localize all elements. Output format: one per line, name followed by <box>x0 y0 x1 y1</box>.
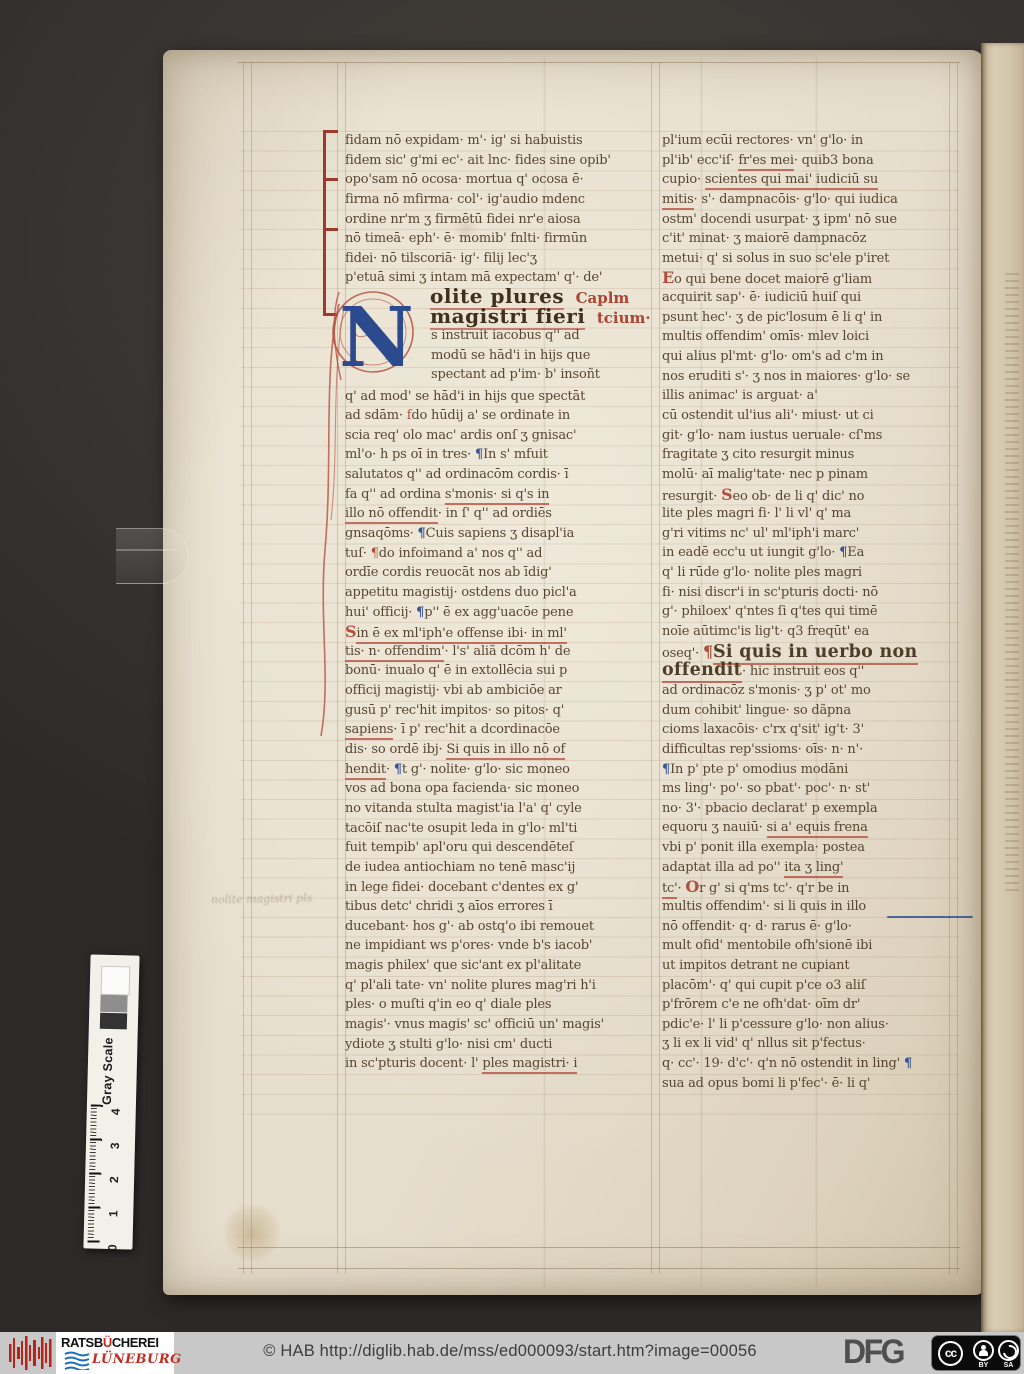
copyright-url-text: © HAB http://diglib.hab.de/mss/ed000093/… <box>190 1342 830 1361</box>
manuscript-text-line: ostm' docendi usurpat· ʒ ipm' nō sue <box>662 210 954 230</box>
manuscript-text-line: no vitanda stulta magist'ia l'a' q' cyle <box>345 799 651 819</box>
column-ruling-line <box>659 62 660 1274</box>
manuscript-text-line: hendit· ¶t g'· nolite· g'lo· sic moneo <box>345 760 651 780</box>
manuscript-text-line: Eo qui bene docet maiorē g'liam <box>662 268 954 288</box>
manuscript-text-line: officij magistij· vbi ab ambiciōe ar <box>345 681 651 701</box>
column-ruling-line <box>651 62 652 1274</box>
grayscale-patch-mid <box>100 995 127 1013</box>
institution-name-line2: LÜNEBURG <box>92 1352 182 1367</box>
manuscript-text-line: ms ling'· po'· so pbat'· poc'· n· st' <box>662 779 954 799</box>
manuscript-text-line: spectant ad p'im· b' insoñt <box>431 365 651 385</box>
manuscript-text-line: nō timeā· eph'· ē· momib' fnlti· firmūn <box>345 229 651 249</box>
manuscript-text-line: ad ordinacōz s'monis· ʒ p' ot' mo <box>662 681 954 701</box>
text-bleed-through <box>1005 273 1019 893</box>
heading-line-2: magistri fieri tcium· <box>430 306 655 326</box>
manuscript-text-line: ad sdām· fdo hūdij a' se ordinate in <box>345 406 651 426</box>
chapter-heading: olite plures Caplm magistri fieri tcium· <box>430 286 655 325</box>
institution-name-line1: RATSBÜCHEREI <box>61 1335 159 1350</box>
manuscript-text-line: gnsaqōms· ¶Cuis sapiens ʒ disapl'ia <box>345 524 651 544</box>
manuscript-text-line: in eadē ecc'u ut iungit g'lo· ¶Ea <box>662 543 954 563</box>
book-fore-edge <box>981 43 1024 1333</box>
cc-sa-icon <box>998 1340 1019 1361</box>
manuscript-text-line: q' ad mod' se hād'i in hijs que spectāt <box>345 387 651 407</box>
manuscript-text-line: bonū· inualo q' ē in extollēcia sui p <box>345 661 651 681</box>
left-column-top-text: fidam nō expidam· m'· ig' si habuistisfi… <box>345 131 651 288</box>
manuscript-text-line: ordine nr'm ʒ firmētū fidei nr'e aiosa <box>345 210 651 230</box>
manuscript-text-line: cupio· scientes qui mai' iudiciū su <box>662 170 954 190</box>
manuscript-text-line: q' li rūde g'lo· nolite ples magri <box>662 563 954 583</box>
column-ruling-line <box>957 62 958 1274</box>
manuscript-text-line: dis· so ordē ibj· Si quis in illo nō of <box>345 740 651 760</box>
manuscript-text-line: fidem sic' g'mi ec'· ait lnc· fides sine… <box>345 151 651 171</box>
manuscript-text-line: sapiens· ī p' rec'hit a dcordinacōe <box>345 720 651 740</box>
manuscript-text-line: ʒ li ex li vid' q' nllus sit p'fectus· <box>662 1034 954 1054</box>
blue-paraph-tail <box>887 916 973 918</box>
cc-logo-icon: cc <box>938 1341 963 1366</box>
manuscript-text-line: fuit tempib' apl'oru qui descendēteſ <box>345 838 651 858</box>
chapter-rubric: tcium· <box>597 309 651 327</box>
manuscript-text-line: s instruit iacobus q'' ad <box>431 326 651 346</box>
margin-ruling-line <box>251 62 252 1274</box>
manuscript-text-line: magis philex' que sic'ant ex pl'alitate <box>345 956 651 976</box>
cc-sa-label: SA <box>998 1362 1019 1369</box>
manuscript-text-line: acquirit sap'· ē· iudiciū huiſ qui <box>662 288 954 308</box>
manuscript-text-line: ut impitos detrant ne cupiant <box>662 956 954 976</box>
manuscript-text-line: mult ofid' mentobile ofh'sionē ibi <box>662 936 954 956</box>
manuscript-text-line: ¶In p' pte p' omodius modāni <box>662 760 954 780</box>
manuscript-text-line: fragitate ʒ cito resurgit minus <box>662 445 954 465</box>
manuscript-text-line: equoru ʒ nauiū· si a' equis frena <box>662 818 954 838</box>
cc-by-label: BY <box>973 1362 994 1369</box>
manuscript-text-line: tis· n· offendim'· l's' aliã dcōm h' de <box>345 642 651 662</box>
left-column-body-text: q' ad mod' se hād'i in hijs que spectāta… <box>345 387 651 1074</box>
manuscript-text-line: oseq'· ¶Si quis in uerbo non <box>662 642 954 662</box>
manuscript-text-line: lite ples magri fi· l' li vl' q' ma <box>662 504 954 524</box>
manuscript-text-line: difficultas rep'ssioms· oīs· n· n'· <box>662 740 954 760</box>
top-ruling-line <box>238 62 960 63</box>
ruler-cm-ticks <box>88 1104 103 1243</box>
erased-marginal-note: nolite magistri pls <box>211 891 361 907</box>
dfg-logo: DFG <box>843 1332 903 1372</box>
bottom-ruling-line <box>238 1268 960 1269</box>
manuscript-text-line: scia req' olo mac' ardis onſ ʒ gnisac' <box>345 426 651 446</box>
manuscript-text-line: metui· q' si solus in suo sc'ele p'iret <box>662 249 954 269</box>
manuscript-text-line: tibus detc' chridi ʒ aīos errores ī <box>345 897 651 917</box>
manuscript-text-line: illis animac' is arguat· a' <box>662 386 954 406</box>
manuscript-text-line: tacōiſ nac'te osupit leda in g'lo· ml'ti <box>345 819 651 839</box>
manuscript-text-line: molū· aī malig'tate· nec p pinam <box>662 465 954 485</box>
manuscript-text-line: vbi p' ponit illa exempla· postea <box>662 838 954 858</box>
heading-line-1: olite plures Caplm <box>430 286 655 306</box>
manuscript-text-line: pl'ium ecūi rectores· vn' g'lo· in <box>662 131 954 151</box>
manuscript-text-line: offendit· hic instruit eos q'' <box>662 661 954 681</box>
gray-scale-label: Gray Scale <box>100 1035 116 1105</box>
page-holder-clamp <box>116 528 189 584</box>
ruler-number: 2 <box>107 1169 121 1183</box>
manuscript-text-line: cū ostendit ul'ius ali'· miust· ut ci <box>662 406 954 426</box>
manuscript-text-line: multis offendim'· si li quis in illo <box>662 897 954 917</box>
manuscript-text-line: hui' officij· ¶p'' ē ex agg'uacōe pene <box>345 603 651 623</box>
manuscript-text-line: firma nō mfirma· col'· ig'audio mdenc <box>345 190 651 210</box>
manuscript-text-line: fi· nisi discr'i in sc'pturis docti· nō <box>662 583 954 603</box>
manuscript-text-line: tuſ· ¶do infoimand a' nos q'' ad <box>345 544 651 564</box>
cc-by-icon <box>973 1340 994 1361</box>
cc-license-badge: cc BY SA <box>931 1335 1021 1371</box>
manuscript-text-line: pdic'e· l' li p'cessure g'lo· non alius· <box>662 1015 954 1035</box>
manuscript-text-line: ydiote ʒ stulti g'lo· nisi cm' ducti <box>345 1035 651 1055</box>
manuscript-text-line: multis offendim' omīs· mlev loici <box>662 327 954 347</box>
ruler-number: 3 <box>108 1135 122 1149</box>
manuscript-text-line: ne impidiant ws p'ores· vnde b's iacob' <box>345 936 651 956</box>
manuscript-page: nolite magistri pls fidam nō expidam· m'… <box>163 50 985 1295</box>
ruler-numbers: 43210 <box>91 954 140 955</box>
manuscript-text-line: modū se hād'i in hijs que <box>431 346 651 366</box>
manuscript-text-line: q· cc'· 19· d'c'· q'n nō ostendit in lin… <box>662 1054 954 1074</box>
manuscript-text-line: c'it' minat· ʒ maiorē dampnacōz <box>662 229 954 249</box>
manuscript-text-line: opo'sam nō ocosa· mortua q' ocosa ē· <box>345 170 651 190</box>
manuscript-text-line: tc'· Or g' si q'ms tc'· q'r be in <box>662 877 954 897</box>
ruler-number: 4 <box>109 1101 123 1115</box>
manuscript-text-line: gusū p' rec'hit impitos· so pitos· q' <box>345 701 651 721</box>
grayscale-patch-dark <box>100 1013 127 1030</box>
manuscript-text-line: g'· philoex' q'ntes ſi q'tes qui timē <box>662 602 954 622</box>
manuscript-text-line: ml'o· h ps oī in tres· ¶In s' mfuit <box>345 445 651 465</box>
manuscript-text-line: de iudea antiochiam no tenē masc'ij <box>345 858 651 878</box>
manuscript-text-line: ples· o muſti q'in eo q' diale ples <box>345 995 651 1015</box>
manuscript-text-line: fa q'' ad ordina s'monis· si q's in <box>345 485 651 505</box>
manuscript-text-line: git· g'lo· nam iustus ueruale· cſ'ms <box>662 426 954 446</box>
manuscript-text-line: nō offendit· q· d· rarus ē· g'lo· <box>662 917 954 937</box>
manuscript-text-line: qui alius pl'mt· g'lo· om's ad c'm in <box>662 347 954 367</box>
manuscript-text-line: appetitu magistij· ostdens duo picl'a <box>345 583 651 603</box>
book-waves-icon <box>64 1351 90 1370</box>
gray-scale-card: Gray Scale 43210 <box>83 954 139 1249</box>
manuscript-text-line: mitis· s'· dampnacōis· g'lo· qui iudica <box>662 190 954 210</box>
manuscript-text-line: q' pl'ali tate· vn' nolite plures mag'ri… <box>345 976 651 996</box>
grayscale-patch-white <box>101 966 131 996</box>
manuscript-text-line: in sc'pturis docent· l' ples magistri· i <box>345 1054 651 1074</box>
margin-ruling-line <box>243 62 244 1274</box>
manuscript-text-line: nos eruditi s'· ʒ nos in maiores· g'lo· … <box>662 367 954 387</box>
manuscript-text-line: psunt hec'· ʒ de pic'losum ē li q' in <box>662 308 954 328</box>
institution-logo: RATSBÜCHEREI LÜNEBURG <box>56 1332 174 1374</box>
manuscript-text-line: resurgit· Seo ob· de li q' dic' no <box>662 485 954 505</box>
manuscript-text-line: salutatos q'' ad ordinacōm cordis· ī <box>345 465 651 485</box>
right-column-text: pl'ium ecūi rectores· vn' g'lo· inpl'ib'… <box>662 131 954 1093</box>
manuscript-text-line: ordīe cordis reuocāt nos ab īdig' <box>345 563 651 583</box>
manuscript-text-line: fidei· nō tilscoriā· ig'· filij lec'ʒ <box>345 249 651 269</box>
manuscript-text-line: no· 3'· pbacio declarat' p exempla <box>662 799 954 819</box>
manuscript-text-line: cioms laxacōis· c'rx q'sit' ig't· 3' <box>662 720 954 740</box>
manuscript-text-line: pl'ib' ecc'iſ· fr'es mei· quib3 bona <box>662 151 954 171</box>
manuscript-text-line: fidam nō expidam· m'· ig' si habuistis <box>345 131 651 151</box>
manuscript-text-line: illo nō offendit· in ſ' q'' ad ordiēs <box>345 504 651 524</box>
digitization-footer-bar: RATSBÜCHEREI LÜNEBURG © HAB http://digli… <box>0 1332 1024 1374</box>
left-column-indent-text: s instruit iacobus q'' admodū se hād'i i… <box>431 326 651 385</box>
manuscript-text-line: noīe aūtimc'is lig't· q3 freqūt' ea <box>662 622 954 642</box>
ruler-number: 0 <box>105 1237 119 1251</box>
ruler-number: 1 <box>106 1203 120 1217</box>
manuscript-text-line: sua ad opus bomi li p'fec'· ē· li q' <box>662 1074 954 1094</box>
bottom-ruling-line <box>238 1247 960 1248</box>
manuscript-text-line: placōm'· q' qui cupit p'ce o3 aliſ <box>662 976 954 996</box>
manuscript-text-line: dum cohibit' lingue· so dãpna <box>662 701 954 721</box>
manuscript-text-line: g'ri vitims nc' ul' ml'iph'i marc' <box>662 524 954 544</box>
manuscript-text-line: in lege fidei· docebant c'dentes ex g' <box>345 878 651 898</box>
manuscript-text-line: adaptat illa ad po'' ita ʒ ling' <box>662 858 954 878</box>
digitized-manuscript-photograph: nolite magistri pls fidam nō expidam· m'… <box>0 0 1024 1374</box>
parchment-stain <box>223 1202 281 1264</box>
library-barcode-logo-icon <box>8 1335 54 1371</box>
manuscript-text-line: ducebant· hos g'· ab ostq'o ibi remouet <box>345 917 651 937</box>
manuscript-text-line: magis'· vnus magis' sc' officiū un' magi… <box>345 1015 651 1035</box>
manuscript-text-line: p'frōrem c'e ne ofh'dat· oīm dr' <box>662 995 954 1015</box>
manuscript-text-line: vos ad bona opa facienda· sic moneo <box>345 779 651 799</box>
manuscript-text-line: Sin ē ex ml'iph'e offense ibi· in ml' <box>345 622 651 642</box>
